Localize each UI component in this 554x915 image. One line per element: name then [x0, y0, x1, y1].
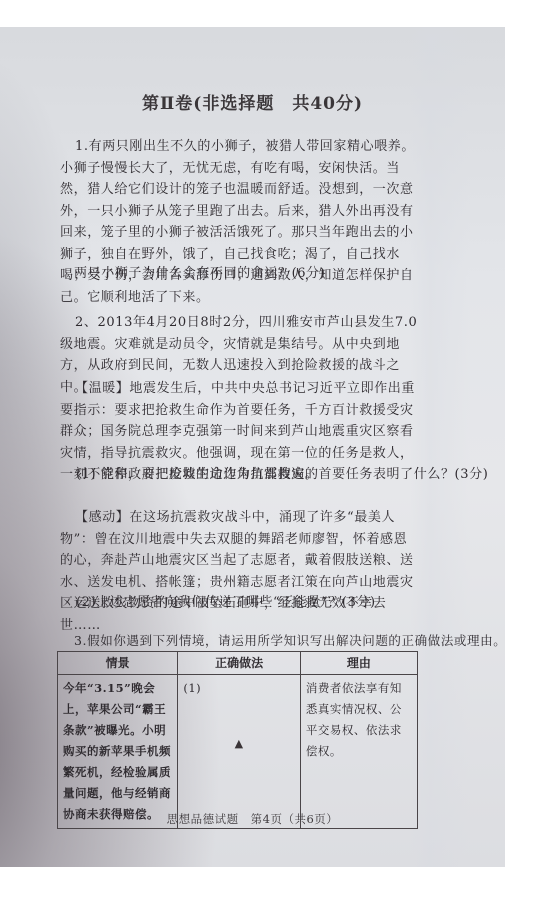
exam-paper-sheet: 第Ⅱ卷(非选择题 共40分) 1.有两只刚出生不久的小狮子，被猎人带回家精心喂养…	[0, 27, 505, 867]
reason-cell: 消费者依法享有知悉真实情况权、公平交易权、依法求偿权。	[300, 675, 417, 829]
header-method: 正确做法	[178, 652, 300, 675]
question-2-sub-2: (2)上述志愿者向我们传递了哪些“正能量”？(3分)	[76, 592, 376, 614]
question-2-moved-passage: 【感动】在这场抗震救灾战斗中，涌现了许多“最美人物”：曾在汶川地震中失去双腿的舞…	[60, 507, 420, 636]
page-footer: 思想品德试题 第4页（共6页）	[0, 811, 505, 827]
table-row: 今年“3.15”晚会上，苹果公司“霸王条款”被曝光。小明购买的新苹果手机频繁死机…	[58, 675, 418, 829]
header-reason: 理由	[300, 652, 417, 675]
section-title: 第Ⅱ卷(非选择题 共40分)	[0, 89, 505, 114]
question-3-prompt: 3.假如你遇到下列情境，请运用所学知识写出解决问题的正确做法或理由。(8分)	[74, 630, 505, 652]
method-cell[interactable]: (1) ▲	[178, 675, 300, 829]
method-label: (1)	[183, 681, 201, 695]
table-header-row: 情景 正确做法 理由	[58, 652, 418, 675]
question-3-table: 情景 正确做法 理由 今年“3.15”晚会上，苹果公司“霸王条款”被曝光。小明购…	[57, 651, 418, 829]
scenario-cell: 今年“3.15”晚会上，苹果公司“霸王条款”被曝光。小明购买的新苹果手机频繁死机…	[58, 675, 178, 829]
question-2-sub-1: (1) 党和政府把抢救生命作为抗震救灾的首要任务表明了什么？(3分)	[76, 464, 488, 486]
question-1-prompt: 两只小狮子为什么会有不同的命运？(6分)	[74, 263, 325, 285]
header-scenario: 情景	[58, 652, 178, 675]
answer-marker-triangle-icon: ▲	[183, 733, 294, 754]
